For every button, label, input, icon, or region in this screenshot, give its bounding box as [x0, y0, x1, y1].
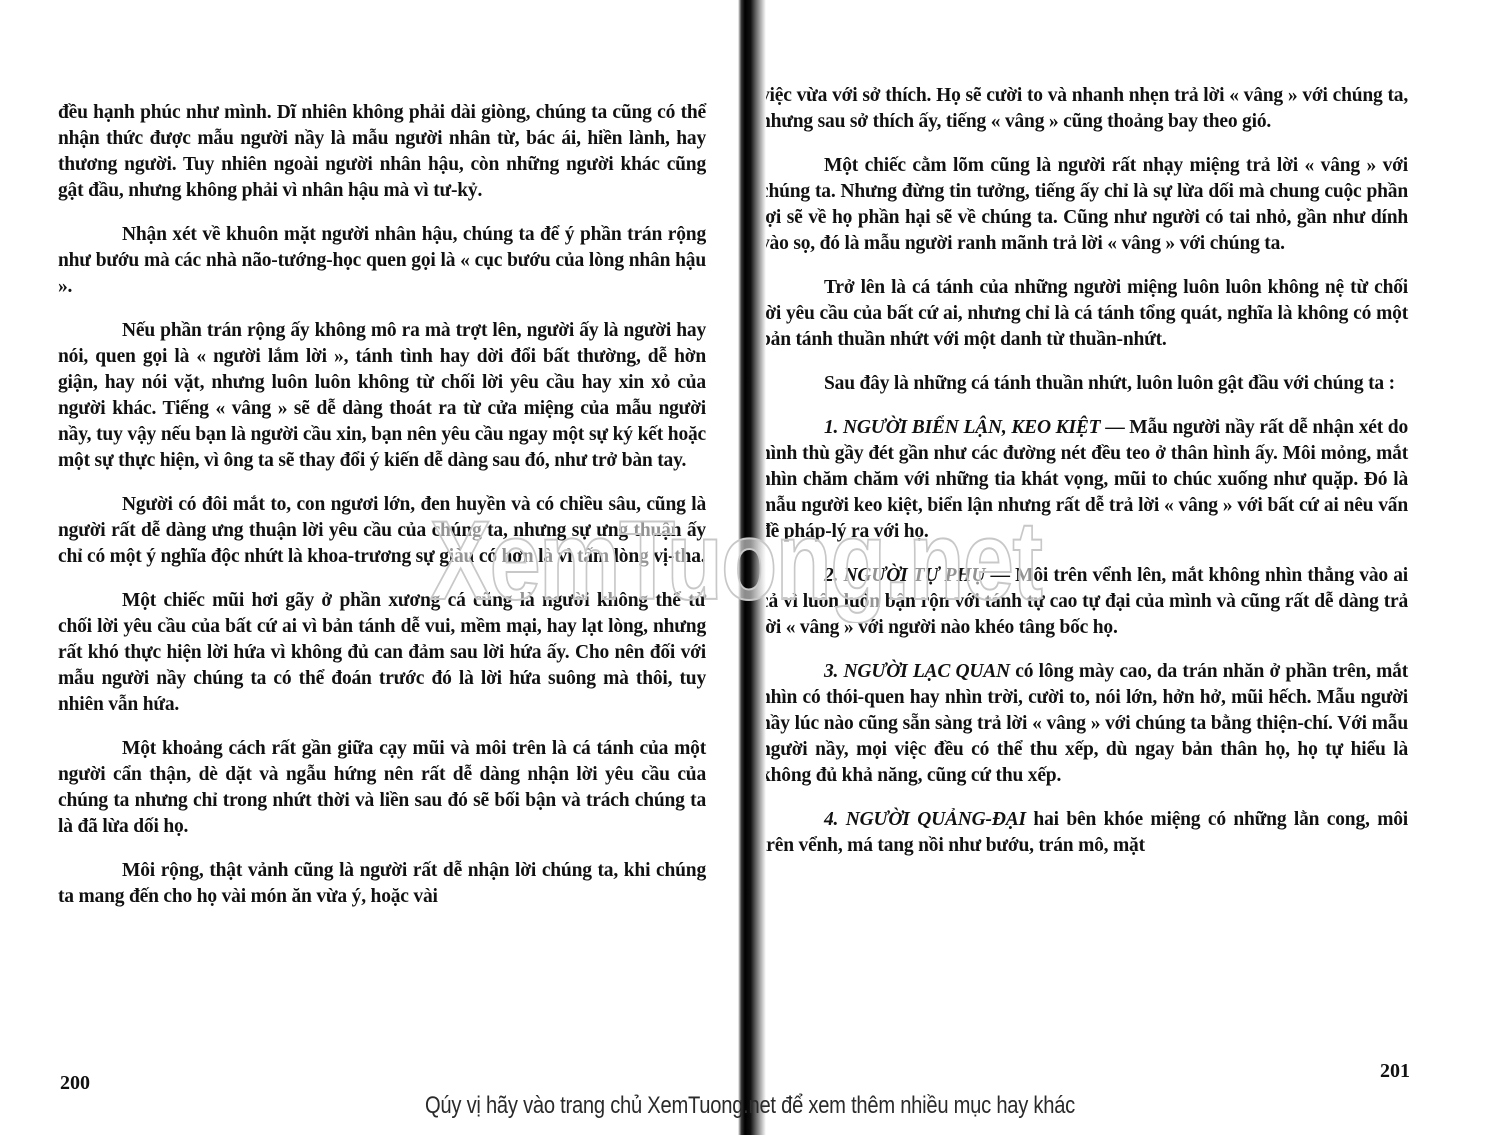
- page-number-right: 201: [1380, 1060, 1410, 1083]
- paragraph: Một chiếc cằm lõm cũng là người rất nhạy…: [760, 153, 1408, 257]
- list-item-heading: 3. NGƯỜI LẠC QUAN: [824, 661, 1010, 682]
- book-spine-shadow: [738, 0, 766, 1135]
- paragraph: Sau đây là những cá tánh thuần nhứt, luô…: [760, 371, 1408, 397]
- paragraph: Nhận xét về khuôn mặt người nhân hậu, ch…: [58, 222, 706, 300]
- list-item: 3. NGƯỜI LẠC QUAN có lông mày cao, da tr…: [760, 659, 1408, 789]
- page-number-left: 200: [60, 1072, 90, 1095]
- paragraph: Một chiếc mũi hơi gãy ở phần xương cá cũ…: [58, 588, 706, 718]
- paragraph: Nếu phần trán rộng ấy không mô ra mà trợ…: [58, 318, 706, 474]
- paragraph: Trở lên là cá tánh của những người miệng…: [760, 275, 1408, 353]
- list-item: 1. NGƯỜI BIỂN LẬN, KEO KIỆT — Mẫu người …: [760, 415, 1408, 545]
- footer-banner: Qúy vị hãy vào trang chủ XemTuong.net để…: [120, 1092, 1380, 1120]
- left-page-text: đều hạnh phúc như mình. Dĩ nhiên không p…: [58, 100, 706, 928]
- list-item: 4. NGƯỜI QUẢNG-ĐẠI hai bên khóe miệng có…: [760, 807, 1408, 859]
- right-page-text: việc vừa với sở thích. Họ sẽ cười to và …: [760, 83, 1408, 877]
- paragraph: Người có đôi mắt to, con ngươi lớn, đen …: [58, 492, 706, 570]
- paragraph: Môi rộng, thật vảnh cũng là người rất dễ…: [58, 858, 706, 910]
- list-item-heading: 4. NGƯỜI QUẢNG-ĐẠI: [824, 809, 1026, 830]
- list-item-heading: 2. NGƯỜI TỰ PHỤ: [824, 565, 985, 586]
- paragraph: việc vừa với sở thích. Họ sẽ cười to và …: [760, 83, 1408, 135]
- paragraph: đều hạnh phúc như mình. Dĩ nhiên không p…: [58, 100, 706, 204]
- paragraph: Một khoảng cách rất gần giữa cạy mũi và …: [58, 736, 706, 840]
- left-page: đều hạnh phúc như mình. Dĩ nhiên không p…: [0, 0, 745, 1135]
- list-item-heading: 1. NGƯỜI BIỂN LẬN, KEO KIỆT: [824, 417, 1100, 438]
- right-page: việc vừa với sở thích. Họ sẽ cười to và …: [745, 0, 1500, 1135]
- list-item: 2. NGƯỜI TỰ PHỤ — Môi trên vểnh lên, mắt…: [760, 563, 1408, 641]
